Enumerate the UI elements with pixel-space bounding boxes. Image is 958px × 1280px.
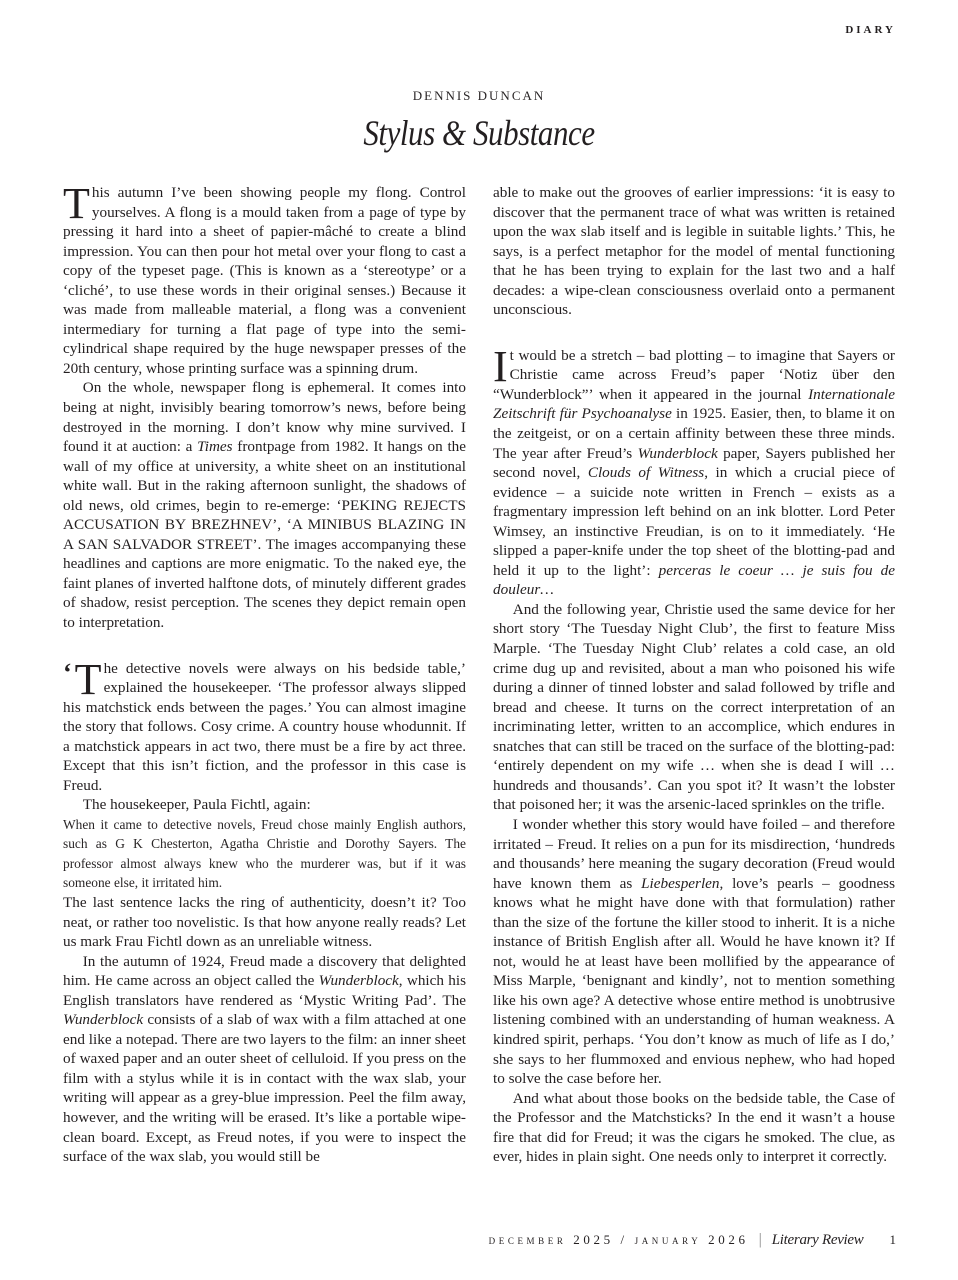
paragraph: ‘The detective novels were always on his… [63, 659, 466, 796]
footer-separator: | [759, 1231, 762, 1249]
drop-cap: T [75, 663, 102, 697]
open-quote-mark: ‘ [63, 660, 72, 686]
paragraph: The housekeeper, Paula Fichtl, again: [63, 795, 466, 815]
drop-cap: I [493, 350, 508, 384]
paragraph: And what about those books on the bedsid… [493, 1089, 895, 1167]
drop-cap: T [63, 187, 90, 221]
issue-date: DECEMBER 2025 / JANUARY 2026 [489, 1232, 749, 1248]
paragraph: It would be a stretch – bad plotting – t… [493, 346, 895, 600]
section-label: DIARY [845, 24, 896, 36]
paragraph: This autumn I’ve been showing people my … [63, 183, 466, 378]
right-column: able to make out the grooves of earlier … [493, 183, 895, 1167]
publication-name: Times [197, 438, 232, 455]
page-footer: DECEMBER 2025 / JANUARY 2026 | Literary … [489, 1231, 896, 1249]
paragraph: And the following year, Christie used th… [493, 600, 895, 815]
block-quote: When it came to detective novels, Freud … [63, 815, 466, 893]
article-title: Stylus & Substance [67, 112, 891, 154]
left-column: This autumn I’ve been showing people my … [63, 183, 466, 1167]
paragraph: The last sentence lacks the ring of auth… [63, 893, 466, 952]
paragraph: I wonder whether this story would have f… [493, 815, 895, 1089]
magazine-name: Literary Review [772, 1232, 864, 1249]
paragraph: In the autumn of 1924, Freud made a disc… [63, 952, 466, 1167]
paragraph: able to make out the grooves of earlier … [493, 183, 895, 320]
page-number: 1 [890, 1232, 897, 1248]
author-byline: DENNIS DUNCAN [0, 88, 958, 104]
paragraph: On the whole, newspaper flong is ephemer… [63, 378, 466, 632]
